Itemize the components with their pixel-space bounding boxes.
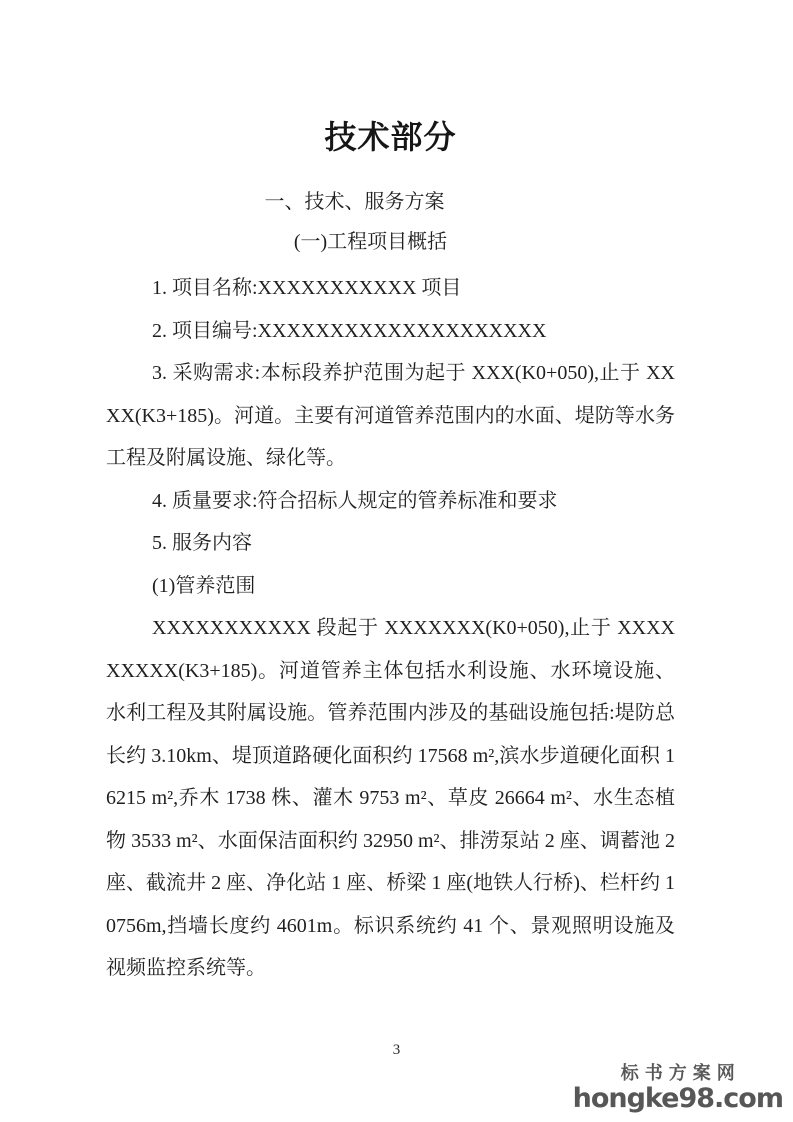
document-title: 技术部分	[106, 117, 675, 157]
document-page: 技术部分 一、技术、服务方案 (一)工程项目概括 1. 项目名称:XXXXXXX…	[0, 0, 793, 1122]
paragraph-procurement-requirements: 3. 采购需求:本标段养护范围为起于 XXX(K0+050),止于 XXXX(K…	[106, 352, 675, 480]
watermark-site-url: hongke98.com	[573, 1085, 783, 1112]
paragraph-maintenance-scope-heading: (1)管养范围	[106, 565, 675, 608]
document-body: 技术部分 一、技术、服务方案 (一)工程项目概括 1. 项目名称:XXXXXXX…	[106, 117, 675, 990]
section-heading: 一、技术、服务方案	[70, 182, 639, 222]
watermark: 标书方案网 hongke98.com	[573, 1065, 783, 1112]
watermark-site-name: 标书方案网	[573, 1065, 789, 1083]
subsection-heading: (一)工程项目概括	[86, 222, 655, 262]
paragraph-quality-requirements: 4. 质量要求:符合招标人规定的管养标准和要求	[106, 480, 675, 523]
page-number: 3	[0, 1041, 793, 1059]
paragraph-project-name: 1. 项目名称:XXXXXXXXXXX 项目	[106, 267, 675, 310]
paragraph-project-number: 2. 项目编号:XXXXXXXXXXXXXXXXXXXX	[106, 310, 675, 353]
paragraph-service-content: 5. 服务内容	[106, 522, 675, 565]
paragraph-maintenance-scope-detail: XXXXXXXXXXX 段起于 XXXXXXX(K0+050),止于 XXXXX…	[106, 607, 675, 990]
